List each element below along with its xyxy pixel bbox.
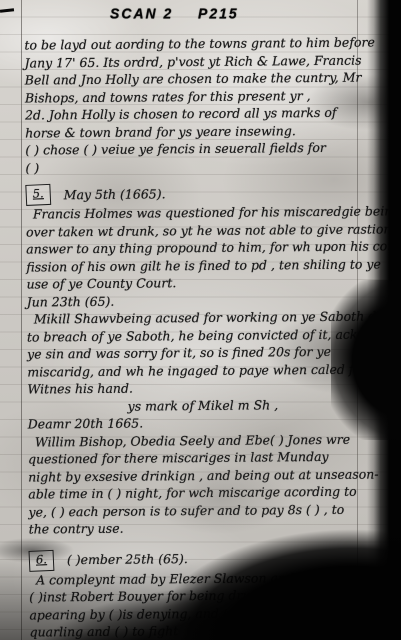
manuscript-line: quarling and ( ) to fight (29, 620, 377, 640)
entry-5-heading: 5. May 5th (1665). (26, 181, 374, 205)
page-number-stamp: P215 (198, 4, 239, 21)
entry-date: ( )ember 25th (65). (67, 550, 188, 569)
handwritten-text-block: to be layd out aording to the towns gran… (24, 33, 377, 640)
scanned-manuscript-page: SCAN 2 P215 to be layd out aording to th… (0, 0, 401, 640)
manuscript-line: apearing by ( )is denying, and ( ) repro… (29, 603, 377, 624)
entry-number-box: 6. (29, 550, 55, 572)
manuscript-line: ye, ( ) each person is to sufer and to p… (28, 500, 376, 521)
manuscript-line: miscaridg, and wh he ingaged to paye whe… (27, 360, 375, 381)
scan-black-right-bulge (331, 280, 401, 440)
manuscript-line: Bell and Jno Holly are chosen to make th… (25, 68, 373, 89)
stamp-header: SCAN 2 P215 (0, 5, 393, 25)
entry-date: May 5th (1665). (64, 185, 166, 203)
scan-number-stamp: SCAN 2 (110, 4, 173, 21)
entry-6-heading: 6. ( )ember 25th (65). (29, 547, 377, 571)
manuscript-line: fission of his own gilt he is fined to p… (26, 255, 374, 276)
entry-number-box: 5. (25, 184, 51, 206)
manuscript-line: 2d. John Holly is chosen to record all y… (25, 103, 373, 124)
left-margin-rule (21, 0, 22, 640)
manuscript-line: ( ) chose ( ) veiue ye fencis in seueral… (25, 138, 373, 159)
